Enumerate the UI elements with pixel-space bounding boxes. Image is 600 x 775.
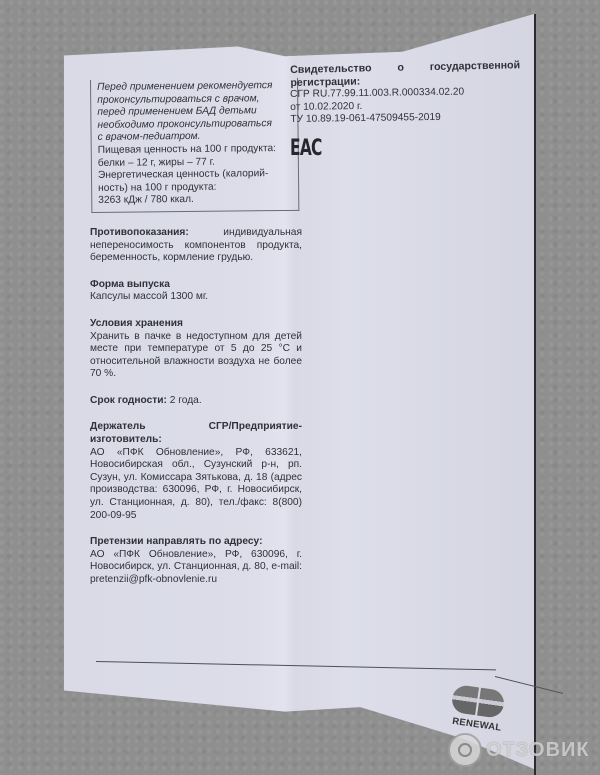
contraindications-section: Противопоказания: индивидуальная неперен… <box>90 227 302 265</box>
right-column: Свидетельство о государственной регистра… <box>290 64 520 156</box>
form-section: Форма выпуска Капсулы массой 1300 мг. <box>90 279 302 304</box>
form-text: Капсулы массой 1300 мг. <box>90 291 302 304</box>
claims-text: АО «ПФК Обновление», РФ, 630096, г. Ново… <box>90 549 302 587</box>
registration-heading: Свидетельство о государственной регистра… <box>290 59 520 89</box>
shelf-life-text: 2 года. <box>170 395 202 406</box>
registration-details: СГР RU.77.99.11.003.R.000334.02.20 от 10… <box>290 86 521 127</box>
contraindications-heading: Противопоказания: <box>90 227 189 238</box>
shelf-life-heading: Срок годности: <box>90 395 167 406</box>
renewal-logo: RENEWAL <box>452 688 512 731</box>
holder-section: Держатель СГР/Предприятие-изготовитель: … <box>90 421 302 522</box>
form-heading: Форма выпуска <box>90 279 302 292</box>
nutrition-info: Пищевая ценность на 100 г продукта: белк… <box>98 143 295 208</box>
storage-heading: Условия хранения <box>90 318 302 331</box>
storage-section: Условия хранения Хранить в пачке в недос… <box>90 318 302 381</box>
nutrition-line: 3263 кДж / 780 ккал. <box>98 193 294 208</box>
holder-text: АО «ПФК Обновление», РФ, 633621, Новосиб… <box>90 447 302 523</box>
recommendation-box: Перед применением рекомендуется проконсу… <box>90 78 299 213</box>
technical-spec: ТУ 10.89.19-061-47509455-2019 <box>290 111 520 127</box>
watermark-text: ОТЗОВИК <box>486 739 590 762</box>
note-line: Перед применением рекомендуется <box>97 80 293 95</box>
left-column: Перед применением рекомендуется проконсу… <box>90 80 302 587</box>
nutrition-line: Пищевая ценность на 100 г продукта: <box>98 143 294 158</box>
eac-mark-icon: ЕАС <box>290 143 451 156</box>
capsule-icon <box>450 684 513 720</box>
note-line: необходимо проконсультироваться <box>97 118 293 133</box>
shelf-life-section: Срок годности: 2 года. <box>90 395 302 408</box>
otzovik-watermark: ОТЗОВИК <box>448 733 590 767</box>
paper-edge <box>534 14 536 775</box>
otzovik-logo-icon <box>448 733 482 767</box>
claims-heading: Претензии направлять по адресу: <box>90 536 302 549</box>
recommendation-note: Перед применением рекомендуется проконсу… <box>97 80 294 145</box>
claims-section: Претензии направлять по адресу: АО «ПФК … <box>90 536 302 586</box>
holder-heading: Держатель СГР/Предприятие-изготовитель: <box>90 421 302 446</box>
storage-text: Хранить в пачке в недоступном для детей … <box>90 331 302 381</box>
nutrition-line: Энергетическая ценность (калорий- <box>98 168 294 183</box>
